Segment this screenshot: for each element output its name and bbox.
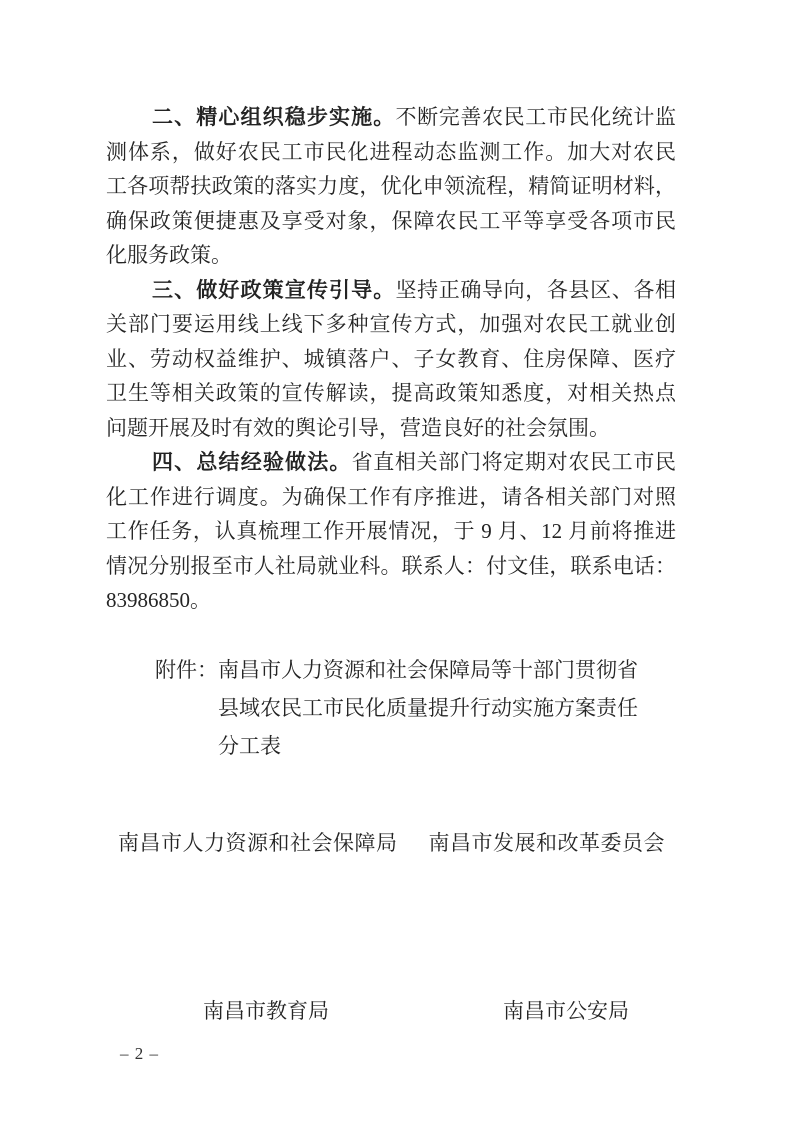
- paragraph-line: 确保政策便捷惠及享受对象，保障农民工平等享受各项市民: [106, 204, 676, 239]
- document-body: 二、精心组织稳步实施。不断完善农民工市民化统计监 测体系，做好农民工市民化进程动…: [106, 100, 676, 618]
- paragraph-section-4: 四、总结经验做法。省直相关部门将定期对农民工市民 化工作进行调度。为确保工作有序…: [106, 445, 676, 618]
- paragraph-line: 工作任务，认真梳理工作开展情况，于 9 月、12 月前将推进: [106, 514, 676, 549]
- paragraph-line: 四、总结经验做法。省直相关部门将定期对农民工市民: [106, 445, 676, 480]
- paragraph-line: 情况分别报至市人社局就业科。联系人：付文佳，联系电话：: [106, 549, 676, 584]
- paragraph-section-2: 二、精心组织稳步实施。不断完善农民工市民化统计监 测体系，做好农民工市民化进程动…: [106, 100, 676, 273]
- attachment-title-line: 南昌市人力资源和社会保障局等十部门贯彻省: [218, 651, 638, 689]
- paragraph-line: 二、精心组织稳步实施。不断完善农民工市民化统计监: [106, 100, 676, 135]
- paragraph-section-3: 三、做好政策宣传引导。坚持正确导向，各县区、各相 关部门要运用线上线下多种宣传方…: [106, 273, 676, 446]
- page-number: – 2 –: [120, 1044, 159, 1064]
- document-page: 二、精心组织稳步实施。不断完善农民工市民化统计监 测体系，做好农民工市民化进程动…: [0, 0, 793, 1122]
- paragraph-line: 问题开展及时有效的舆论引导，营造良好的社会氛围。: [106, 411, 676, 446]
- paragraph-line: 化工作进行调度。为确保工作有序推进，请各相关部门对照: [106, 480, 676, 515]
- section-heading: 二、精心组织稳步实施。: [152, 106, 395, 129]
- issuing-agencies-row-2: 南昌市教育局 南昌市公安局: [0, 995, 793, 1025]
- issuer-human-resources-bureau: 南昌市人力资源和社会保障局: [118, 827, 398, 857]
- paragraph-line: 三、做好政策宣传引导。坚持正确导向，各县区、各相: [106, 273, 676, 308]
- attachment-label: 附件：: [155, 651, 218, 689]
- section-heading: 三、做好政策宣传引导。: [152, 279, 395, 302]
- issuer-development-reform-commission: 南昌市发展和改革委员会: [429, 827, 666, 857]
- paragraph-text: 坚持正确导向，各县区、各相: [395, 278, 676, 302]
- paragraph-line: 83986850。: [106, 583, 676, 618]
- paragraph-text: 省直相关部门将定期对农民工市民: [352, 450, 676, 474]
- attachment-title: 南昌市人力资源和社会保障局等十部门贯彻省 县域农民工市民化质量提升行动实施方案责…: [218, 651, 638, 765]
- paragraph-line: 关部门要运用线上线下多种宣传方式，加强对农民工就业创: [106, 307, 676, 342]
- paragraph-line: 化服务政策。: [106, 238, 676, 273]
- paragraph-line: 工各项帮扶政策的落实力度，优化申领流程，精简证明材料，: [106, 169, 676, 204]
- issuing-agencies-row-1: 南昌市人力资源和社会保障局 南昌市发展和改革委员会: [118, 827, 681, 857]
- paragraph-line: 测体系，做好农民工市民化进程动态监测工作。加大对农民: [106, 135, 676, 170]
- attachment-block: 附件： 南昌市人力资源和社会保障局等十部门贯彻省 县域农民工市民化质量提升行动实…: [155, 651, 638, 765]
- paragraph-text: 不断完善农民工市民化统计监: [395, 105, 676, 129]
- issuer-public-security-bureau: 南昌市公安局: [503, 995, 629, 1025]
- paragraph-line: 业、劳动权益维护、城镇落户、子女教育、住房保障、医疗: [106, 342, 676, 377]
- section-heading: 四、总结经验做法。: [152, 451, 352, 474]
- paragraph-line: 卫生等相关政策的宣传解读，提高政策知悉度，对相关热点: [106, 376, 676, 411]
- attachment-title-line: 县域农民工市民化质量提升行动实施方案责任: [218, 689, 638, 727]
- attachment-title-line: 分工表: [218, 727, 638, 765]
- issuer-education-bureau: 南昌市教育局: [203, 995, 329, 1025]
